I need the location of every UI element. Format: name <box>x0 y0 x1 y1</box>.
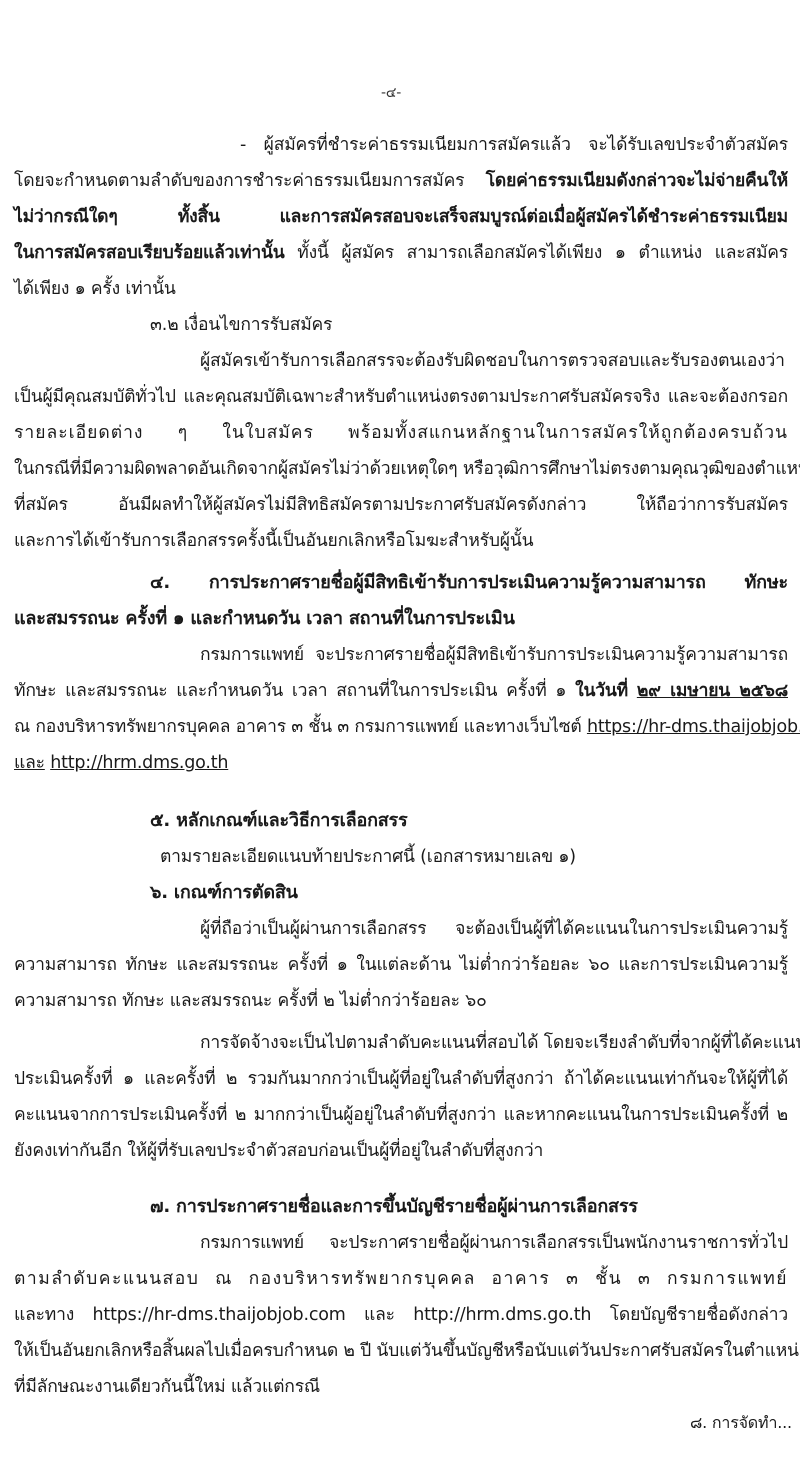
section-4-line-1: กรมการแพทย์ จะประกาศรายชื่อผู้มีสิทธิเข้… <box>200 642 788 668</box>
section-5-heading: ๕. หลักเกณฑ์และวิธีการเลือกสรร <box>150 808 408 834</box>
section-4-text: และ <box>14 753 45 773</box>
section-4-text: ทักษะ และสมรรถนะ และกำหนดวัน เวลา สถานที… <box>14 681 566 701</box>
section-6-heading: ๖. เกณฑ์การตัดสิน <box>150 880 298 906</box>
document-page: -๔- - ผู้สมัครที่ชำระค่าธรรมเนียมการสมัค… <box>0 0 800 1463</box>
section-4-text: ณ กองบริหารทรัพยากรบุคคล อาคาร ๓ ชั้น ๓ … <box>14 717 582 737</box>
assessment-date: ๒๙ เมษายน ๒๕๖๘ <box>637 681 788 701</box>
section-7-line-5: ที่มีลักษณะงานเดียวกันนี้ใหม่ แล้วแต่กรณ… <box>14 1374 320 1400</box>
fee-text-bold: โดยค่าธรรมเนียมดังกล่าวจะไม่จ่ายคืนให้ <box>486 171 788 191</box>
section-7-line-4: ให้เป็นอันยกเลิกหรือสิ้นผลไปเมื่อครบกำหน… <box>14 1338 788 1364</box>
fee-paragraph-line-5: ได้เพียง ๑ ครั้ง เท่านั้น <box>14 276 176 302</box>
section-3-2-line-5: ที่สมัคร อันมีผลทำให้ผู้สมัครไม่มีสิทธิส… <box>14 492 788 518</box>
section-3-2-line-3: รายละเอียดต่าง ๆ ในใบสมัคร พร้อมทั้งสแกน… <box>14 420 788 446</box>
section-4-heading-line-2: และสมรรถนะ ครั้งที่ ๑ และกำหนดวัน เวลา ส… <box>14 606 515 632</box>
section-6-para-1-line-2: ความสามารถ ทักษะ และสมรรถนะ ครั้งที่ ๑ ใ… <box>14 952 788 978</box>
section-4-date-label: ในวันที่ <box>575 681 628 701</box>
section-5-line-1: ตามรายละเอียดแนบท้ายประกาศนี้ (เอกสารหมา… <box>160 844 576 870</box>
section-4-line-2: ทักษะ และสมรรถนะ และกำหนดวัน เวลา สถานที… <box>14 678 788 704</box>
fee-text-normal: ทั้งนี้ ผู้สมัคร สามารถเลือกสมัครได้เพีย… <box>297 243 788 263</box>
page-number: -๔- <box>381 80 401 106</box>
section-4-heading-line-1: ๔. การประกาศรายชื่อผู้มีสิทธิเข้ารับการป… <box>150 570 788 596</box>
fee-paragraph-line-2: โดยจะกำหนดตามลำดับของการชำระค่าธรรมเนียม… <box>14 168 788 194</box>
section-3-2-line-2: เป็นผู้มีคุณสมบัติทั่วไป และคุณสมบัติเฉพ… <box>14 384 788 410</box>
website-link-thaijobjob[interactable]: https://hr-dms.thaijobjob.com <box>587 717 800 737</box>
fee-text-normal: โดยจะกำหนดตามลำดับของการชำระค่าธรรมเนียม… <box>14 171 464 191</box>
fee-text-bold: และการสมัครสอบจะเสร็จสมบูรณ์ต่อเมื่อผู้ส… <box>280 207 788 227</box>
fee-paragraph-line-4: ในการสมัครสอบเรียบร้อยแล้วเท่านั้น ทั้งน… <box>14 240 788 266</box>
section-6-para-1-line-3: ความสามารถ ทักษะ และสมรรถนะ ครั้งที่ ๒ ไ… <box>14 988 487 1014</box>
section-3-2-line-4: ในกรณีที่มีความผิดพลาดอันเกิดจากผู้สมัคร… <box>14 456 788 482</box>
section-6-para-2-line-3: คะแนนจากการประเมินครั้งที่ ๒ มากกว่าเป็น… <box>14 1102 788 1128</box>
section-4-line-3: ณ กองบริหารทรัพยากรบุคคล อาคาร ๓ ชั้น ๓ … <box>14 714 788 740</box>
section-7-line-3: และทาง https://hr-dms.thaijobjob.com และ… <box>14 1302 788 1328</box>
section-3-2-heading: ๓.๒ เงื่อนไขการรับสมัคร <box>150 312 332 338</box>
fee-paragraph-line-1: - ผู้สมัครที่ชำระค่าธรรมเนียมการสมัครแล้… <box>240 132 788 158</box>
section-3-2-line-6: และการได้เข้ารับการเลือกสรรครั้งนี้เป็นอ… <box>14 528 533 554</box>
section-7-line-1: กรมการแพทย์ จะประกาศรายชื่อผู้ผ่านการเลื… <box>200 1230 788 1256</box>
fee-text-bold: ไม่ว่ากรณีใดๆ ทั้งสิ้น <box>14 207 220 227</box>
fee-paragraph-line-3: ไม่ว่ากรณีใดๆ ทั้งสิ้น และการสมัครสอบจะเ… <box>14 204 788 230</box>
section-4-line-4: และ http://hrm.dms.go.th <box>14 750 228 776</box>
continuation-marker: ๘. การจัดทำ... <box>690 1410 792 1436</box>
section-3-2-line-1: ผู้สมัครเข้ารับการเลือกสรรจะต้องรับผิดชอ… <box>200 348 788 374</box>
fee-text-bold: ในการสมัครสอบเรียบร้อยแล้วเท่านั้น <box>14 243 285 263</box>
website-link-hrm[interactable]: http://hrm.dms.go.th <box>50 753 228 773</box>
section-6-para-2-line-1: การจัดจ้างจะเป็นไปตามลำดับคะแนนที่สอบได้… <box>200 1030 788 1056</box>
section-6-para-2-line-2: ประเมินครั้งที่ ๑ และครั้งที่ ๒ รวมกันมา… <box>14 1066 788 1092</box>
section-7-line-2: ตามลำดับคะแนนสอบ ณ กองบริหารทรัพยากรบุคค… <box>14 1266 788 1292</box>
section-6-para-2-line-4: ยังคงเท่ากันอีก ให้ผู้ที่รับเลขประจำตัวส… <box>14 1138 543 1164</box>
section-6-para-1-line-1: ผู้ที่ถือว่าเป็นผู้ผ่านการเลือกสรร จะต้อ… <box>200 916 788 942</box>
section-7-heading: ๗. การประกาศรายชื่อและการขึ้นบัญชีรายชื่… <box>150 1194 638 1220</box>
